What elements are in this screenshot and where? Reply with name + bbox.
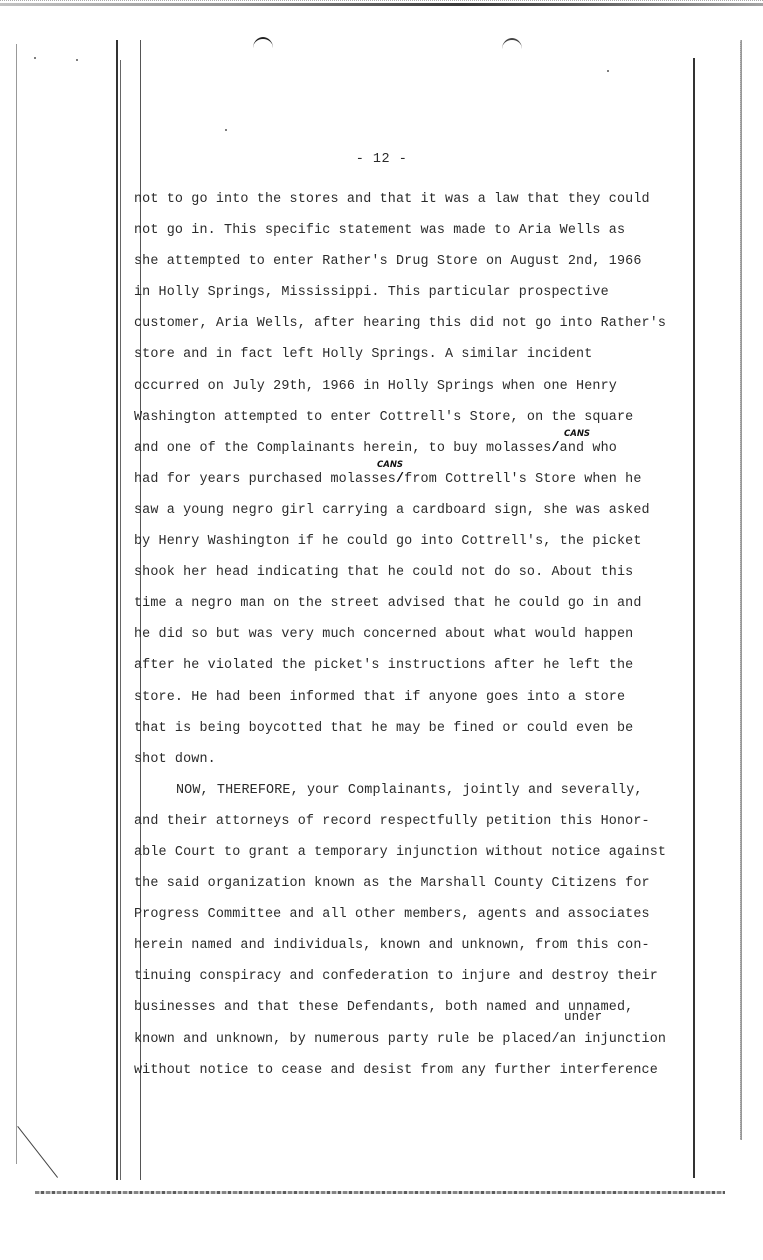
text-line: shook her head indicating that he could … [134, 557, 709, 588]
page-left-border-inner [120, 60, 121, 1180]
document-body: not to go into the stores and that it wa… [134, 184, 709, 1086]
text-line: she attempted to enter Rather's Drug Sto… [134, 246, 709, 277]
scan-speck [76, 59, 78, 61]
text-line: he did so but was very much concerned ab… [134, 619, 709, 650]
text-line: store. He had been informed that if anyo… [134, 682, 709, 713]
scan-speck [607, 70, 609, 72]
text-line: in Holly Springs, Mississippi. This part… [134, 277, 709, 308]
text-line: not go in. This specific statement was m… [134, 215, 709, 246]
paragraph-start-line: NOW, THEREFORE, your Complainants, joint… [134, 775, 709, 806]
punch-hole-mark-right [502, 38, 522, 60]
text-line: customer, Aria Wells, after hearing this… [134, 308, 709, 339]
text-line: without notice to cease and desist from … [134, 1055, 709, 1086]
text-line: that is being boycotted that he may be f… [134, 713, 709, 744]
text-line: herein named and individuals, known and … [134, 930, 709, 961]
scan-top-edge [0, 3, 763, 6]
text-line: after he violated the picket's instructi… [134, 650, 709, 681]
handwritten-annotation: CANS [377, 450, 403, 481]
text-line: and their attorneys of record respectful… [134, 806, 709, 837]
text-line: time a negro man on the street advised t… [134, 588, 709, 619]
text-line: Progress Committee and all other members… [134, 899, 709, 930]
text-line: able Court to grant a temporary injuncti… [134, 837, 709, 868]
punch-hole-mark-left [253, 37, 273, 59]
page-number: - 12 - [0, 152, 763, 167]
text-segment: from Cottrell's Store when he [404, 472, 641, 487]
text-line: occurred on July 29th, 1966 in Holly Spr… [134, 371, 709, 402]
text-line: saw a young negro girl carrying a cardbo… [134, 495, 709, 526]
scan-corner-fold-line [17, 1126, 58, 1178]
text-line: tinuing conspiracy and confederation to … [134, 961, 709, 992]
text-line: shot down. [134, 744, 709, 775]
scan-speck [34, 57, 36, 59]
scan-left-outer-edge [16, 44, 17, 1164]
text-line: the said organization known as the Marsh… [134, 868, 709, 899]
page-left-border [116, 40, 118, 1180]
text-line-with-insertion: known and unknown, by numerous party rul… [134, 1024, 709, 1055]
text-line-with-annotation: had for years purchased molasses/from Co… [134, 464, 709, 495]
text-segment: and one of the Complainants herein, to b… [134, 441, 551, 456]
text-segment: an injunction [560, 1032, 666, 1047]
scan-speck [225, 129, 227, 131]
typed-insertion: under [564, 1010, 602, 1024]
text-line: store and in fact left Holly Springs. A … [134, 339, 709, 370]
handwritten-insert-mark: / [551, 433, 559, 464]
text-line: Washington attempted to enter Cottrell's… [134, 402, 709, 433]
text-line-with-annotation: and one of the Complainants herein, to b… [134, 433, 709, 464]
scan-right-outer-edge [740, 40, 742, 1140]
text-line: by Henry Washington if he could go into … [134, 526, 709, 557]
handwritten-annotation: CANS [564, 419, 590, 450]
scan-bottom-edge [35, 1191, 725, 1194]
text-line: not to go into the stores and that it wa… [134, 184, 709, 215]
text-segment: known and unknown, by numerous party rul… [134, 1032, 551, 1047]
text-segment: had for years purchased molasses [134, 472, 396, 487]
insert-mark: / [551, 1032, 559, 1047]
text-line: businesses and that these Defendants, bo… [134, 992, 709, 1023]
scan-top-edge-dots [0, 0, 763, 2]
